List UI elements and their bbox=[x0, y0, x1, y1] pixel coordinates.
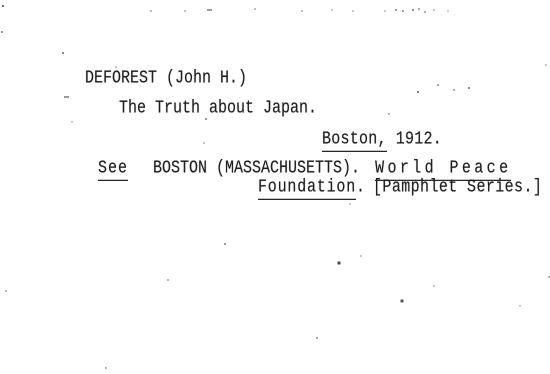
see-label: See bbox=[98, 158, 128, 181]
scan-noise-dash bbox=[64, 96, 69, 98]
imprint-line: Boston,1912. bbox=[322, 130, 442, 148]
author-heading: DEFOREST (John H.) bbox=[85, 69, 247, 87]
scan-noise-dash bbox=[207, 9, 212, 11]
reference-heading: BOSTON (MASSACHUSETTS). bbox=[153, 158, 360, 179]
catalog-card: DEFOREST (John H.) The Truth about Japan… bbox=[0, 0, 550, 374]
scan-noise-specks bbox=[0, 0, 2, 2]
see-reference-line-2: Foundation.[Pamphlet Series.] bbox=[258, 178, 542, 196]
imprint-place: Boston, bbox=[322, 129, 387, 152]
title-line: The Truth about Japan. bbox=[119, 99, 317, 117]
reference-subheading-line2: Foundation bbox=[258, 177, 356, 200]
reference-period: . bbox=[356, 177, 365, 198]
imprint-date: 1912. bbox=[396, 129, 442, 150]
see-reference-line-1: SeeBOSTON (MASSACHUSETTS).World Peace bbox=[98, 159, 511, 177]
series-note: [Pamphlet Series.] bbox=[373, 177, 542, 198]
